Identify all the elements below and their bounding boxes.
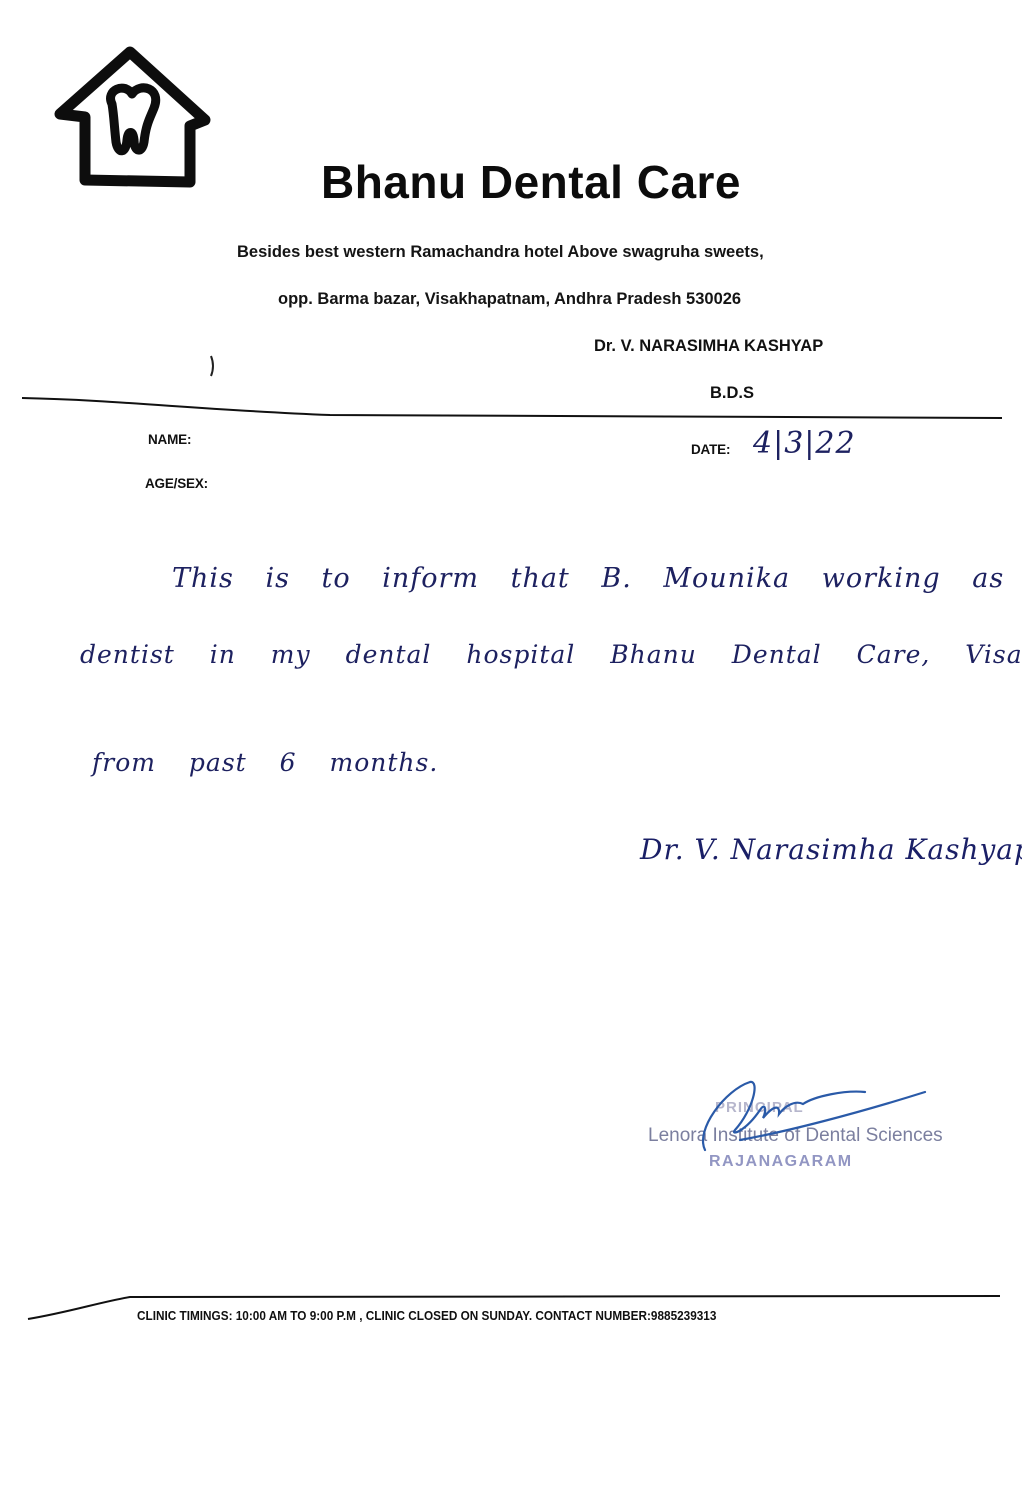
address-line-2: opp. Barma bazar, Visakhapatnam, Andhra … <box>278 290 741 309</box>
clinic-footer: CLINIC TIMINGS: 10:00 AM TO 9:00 P.M , C… <box>137 1308 716 1323</box>
clinic-name: Bhanu Dental Care <box>0 155 1022 209</box>
letter-line-3: from past 6 months. <box>92 748 438 777</box>
doctor-name: Dr. V. NARASIMHA KASHYAP <box>594 337 823 356</box>
age-sex-label: AGE/SEX: <box>145 476 208 491</box>
letter-line-1: This is to inform that B. Mounika workin… <box>172 563 1004 594</box>
date-value: 4|3|22 <box>753 426 856 461</box>
date-label: DATE: <box>691 442 730 457</box>
doctor-signature: Dr. V. Narasimha Kashyap <box>640 833 1022 866</box>
doctor-degree: B.D.S <box>710 384 754 403</box>
principal-signature-scribble <box>635 1070 955 1180</box>
letter-line-2: dentist in my dental hospital Bhanu Dent… <box>80 640 1022 669</box>
address-line-1: Besides best western Ramachandra hotel A… <box>237 243 764 262</box>
name-label: NAME: <box>148 432 191 447</box>
